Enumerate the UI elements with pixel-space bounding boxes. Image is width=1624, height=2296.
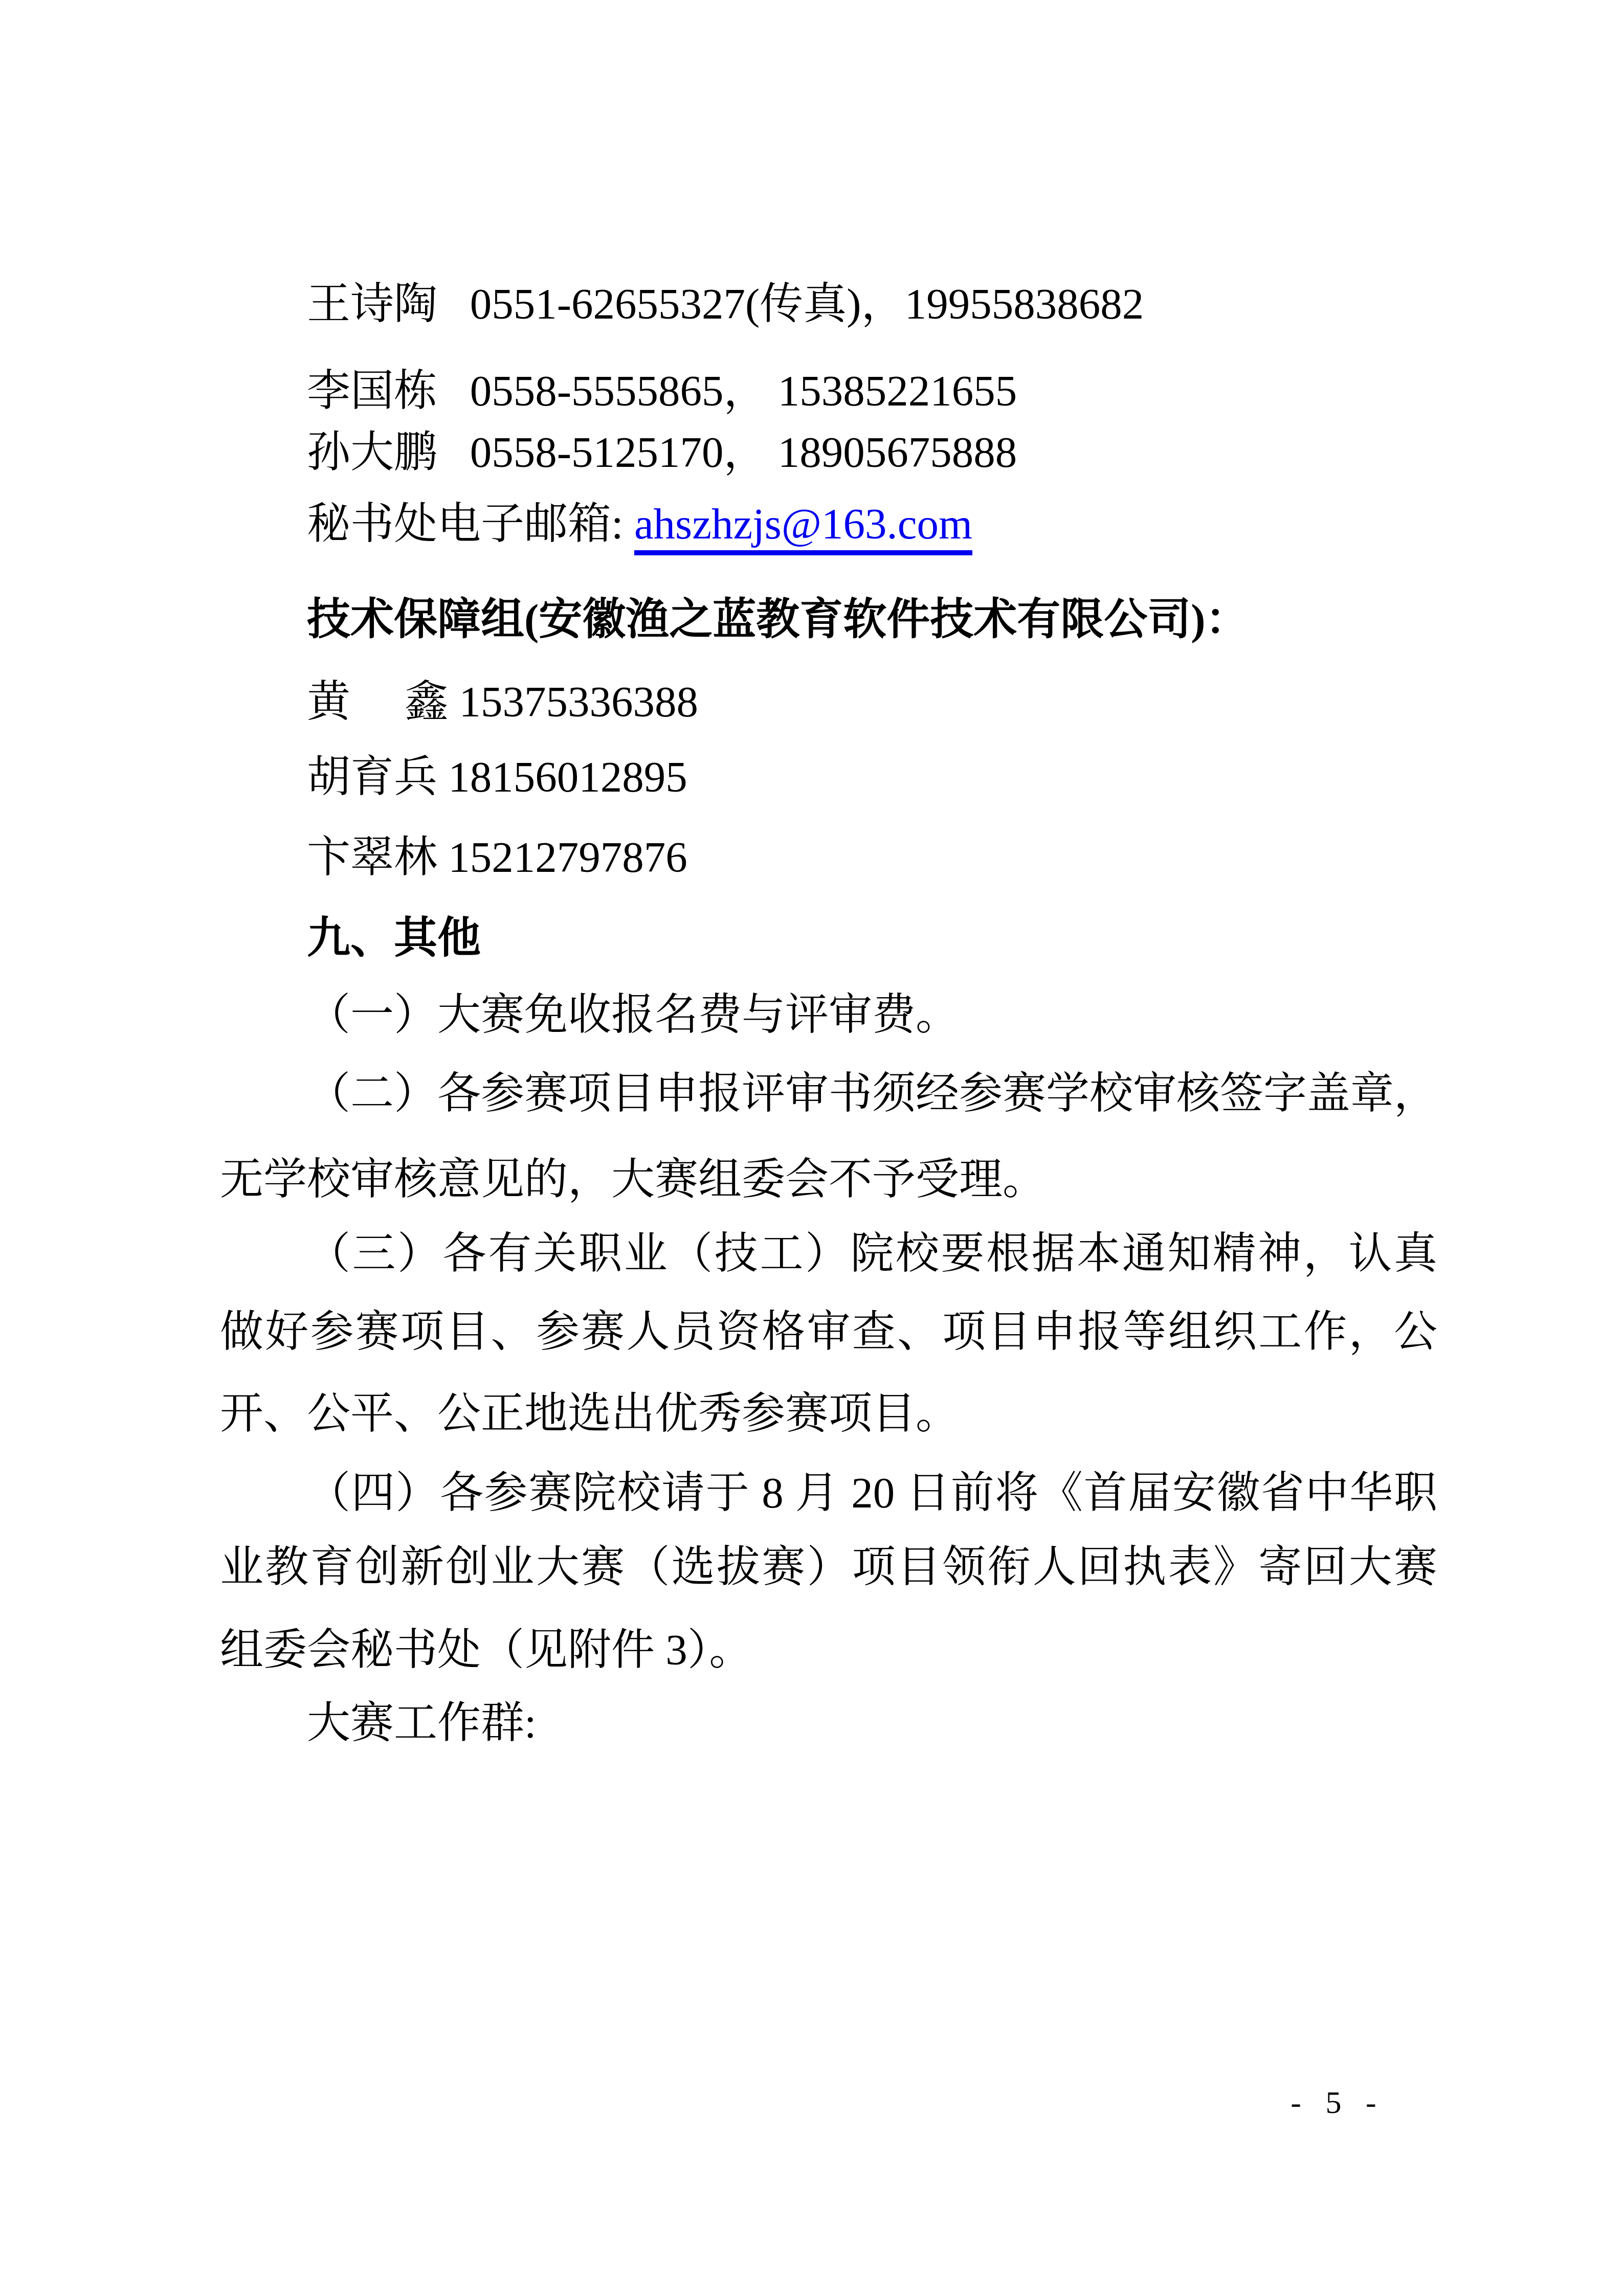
tech-member-biancuilin: 卞翠林 15212797876 xyxy=(220,819,1437,896)
item-3-line-3: 开、公平、公正地选出优秀参赛项目。 xyxy=(220,1375,1437,1453)
item-4-line-1: （四）各参赛院校请于 8 月 20 日前将《首届安徽省中华职 xyxy=(220,1454,1437,1532)
item-4-line-2: 业教育创新创业大赛（选拔赛）项目领衔人回执表》寄回大赛 xyxy=(220,1528,1437,1606)
tech-group-heading: 技术保障组(安徽渔之蓝教育软件技术有限公司)： xyxy=(220,581,1437,659)
contact-line-sundapeng: 孙大鹏 0558-5125170， 18905675888 xyxy=(220,414,1437,491)
document-page: 王诗陶 0551-62655327(传真)，19955838682 李国栋 05… xyxy=(0,0,1624,2296)
item-1: （一）大赛免收报名费与评审费。 xyxy=(220,976,1437,1054)
email-label: 秘书处电子邮箱: xyxy=(307,500,634,548)
email-line: 秘书处电子邮箱: ahszhzjs@163.com xyxy=(220,485,1437,563)
contact-line-wangshitao: 王诗陶 0551-62655327(传真)，19955838682 xyxy=(220,265,1437,343)
section-nine-heading: 九、其他 xyxy=(220,899,1437,977)
tech-member-huangxin: 黄 鑫 15375336388 xyxy=(220,663,1437,741)
item-3-line-2: 做好参赛项目、参赛人员资格审查、项目申报等组织工作，公 xyxy=(220,1293,1437,1371)
email-link[interactable]: ahszhzjs@163.com xyxy=(634,500,972,555)
item-4-line-3: 组委会秘书处（见附件 3）。 xyxy=(220,1611,1437,1689)
tech-member-huyubing: 胡育兵 18156012895 xyxy=(220,738,1437,816)
item-3-line-1: （三）各有关职业（技工）院校要根据本通知精神，认真 xyxy=(220,1215,1437,1293)
workgroup-label: 大赛工作群: xyxy=(220,1684,1437,1762)
item-2-line-1: （二）各参赛项目申报评审书须经参赛学校审核签字盖章， xyxy=(220,1055,1437,1133)
page-number: - 5 - xyxy=(1279,2086,1396,2119)
item-2-line-2: 无学校审核意见的，大赛组委会不予受理。 xyxy=(220,1141,1437,1219)
